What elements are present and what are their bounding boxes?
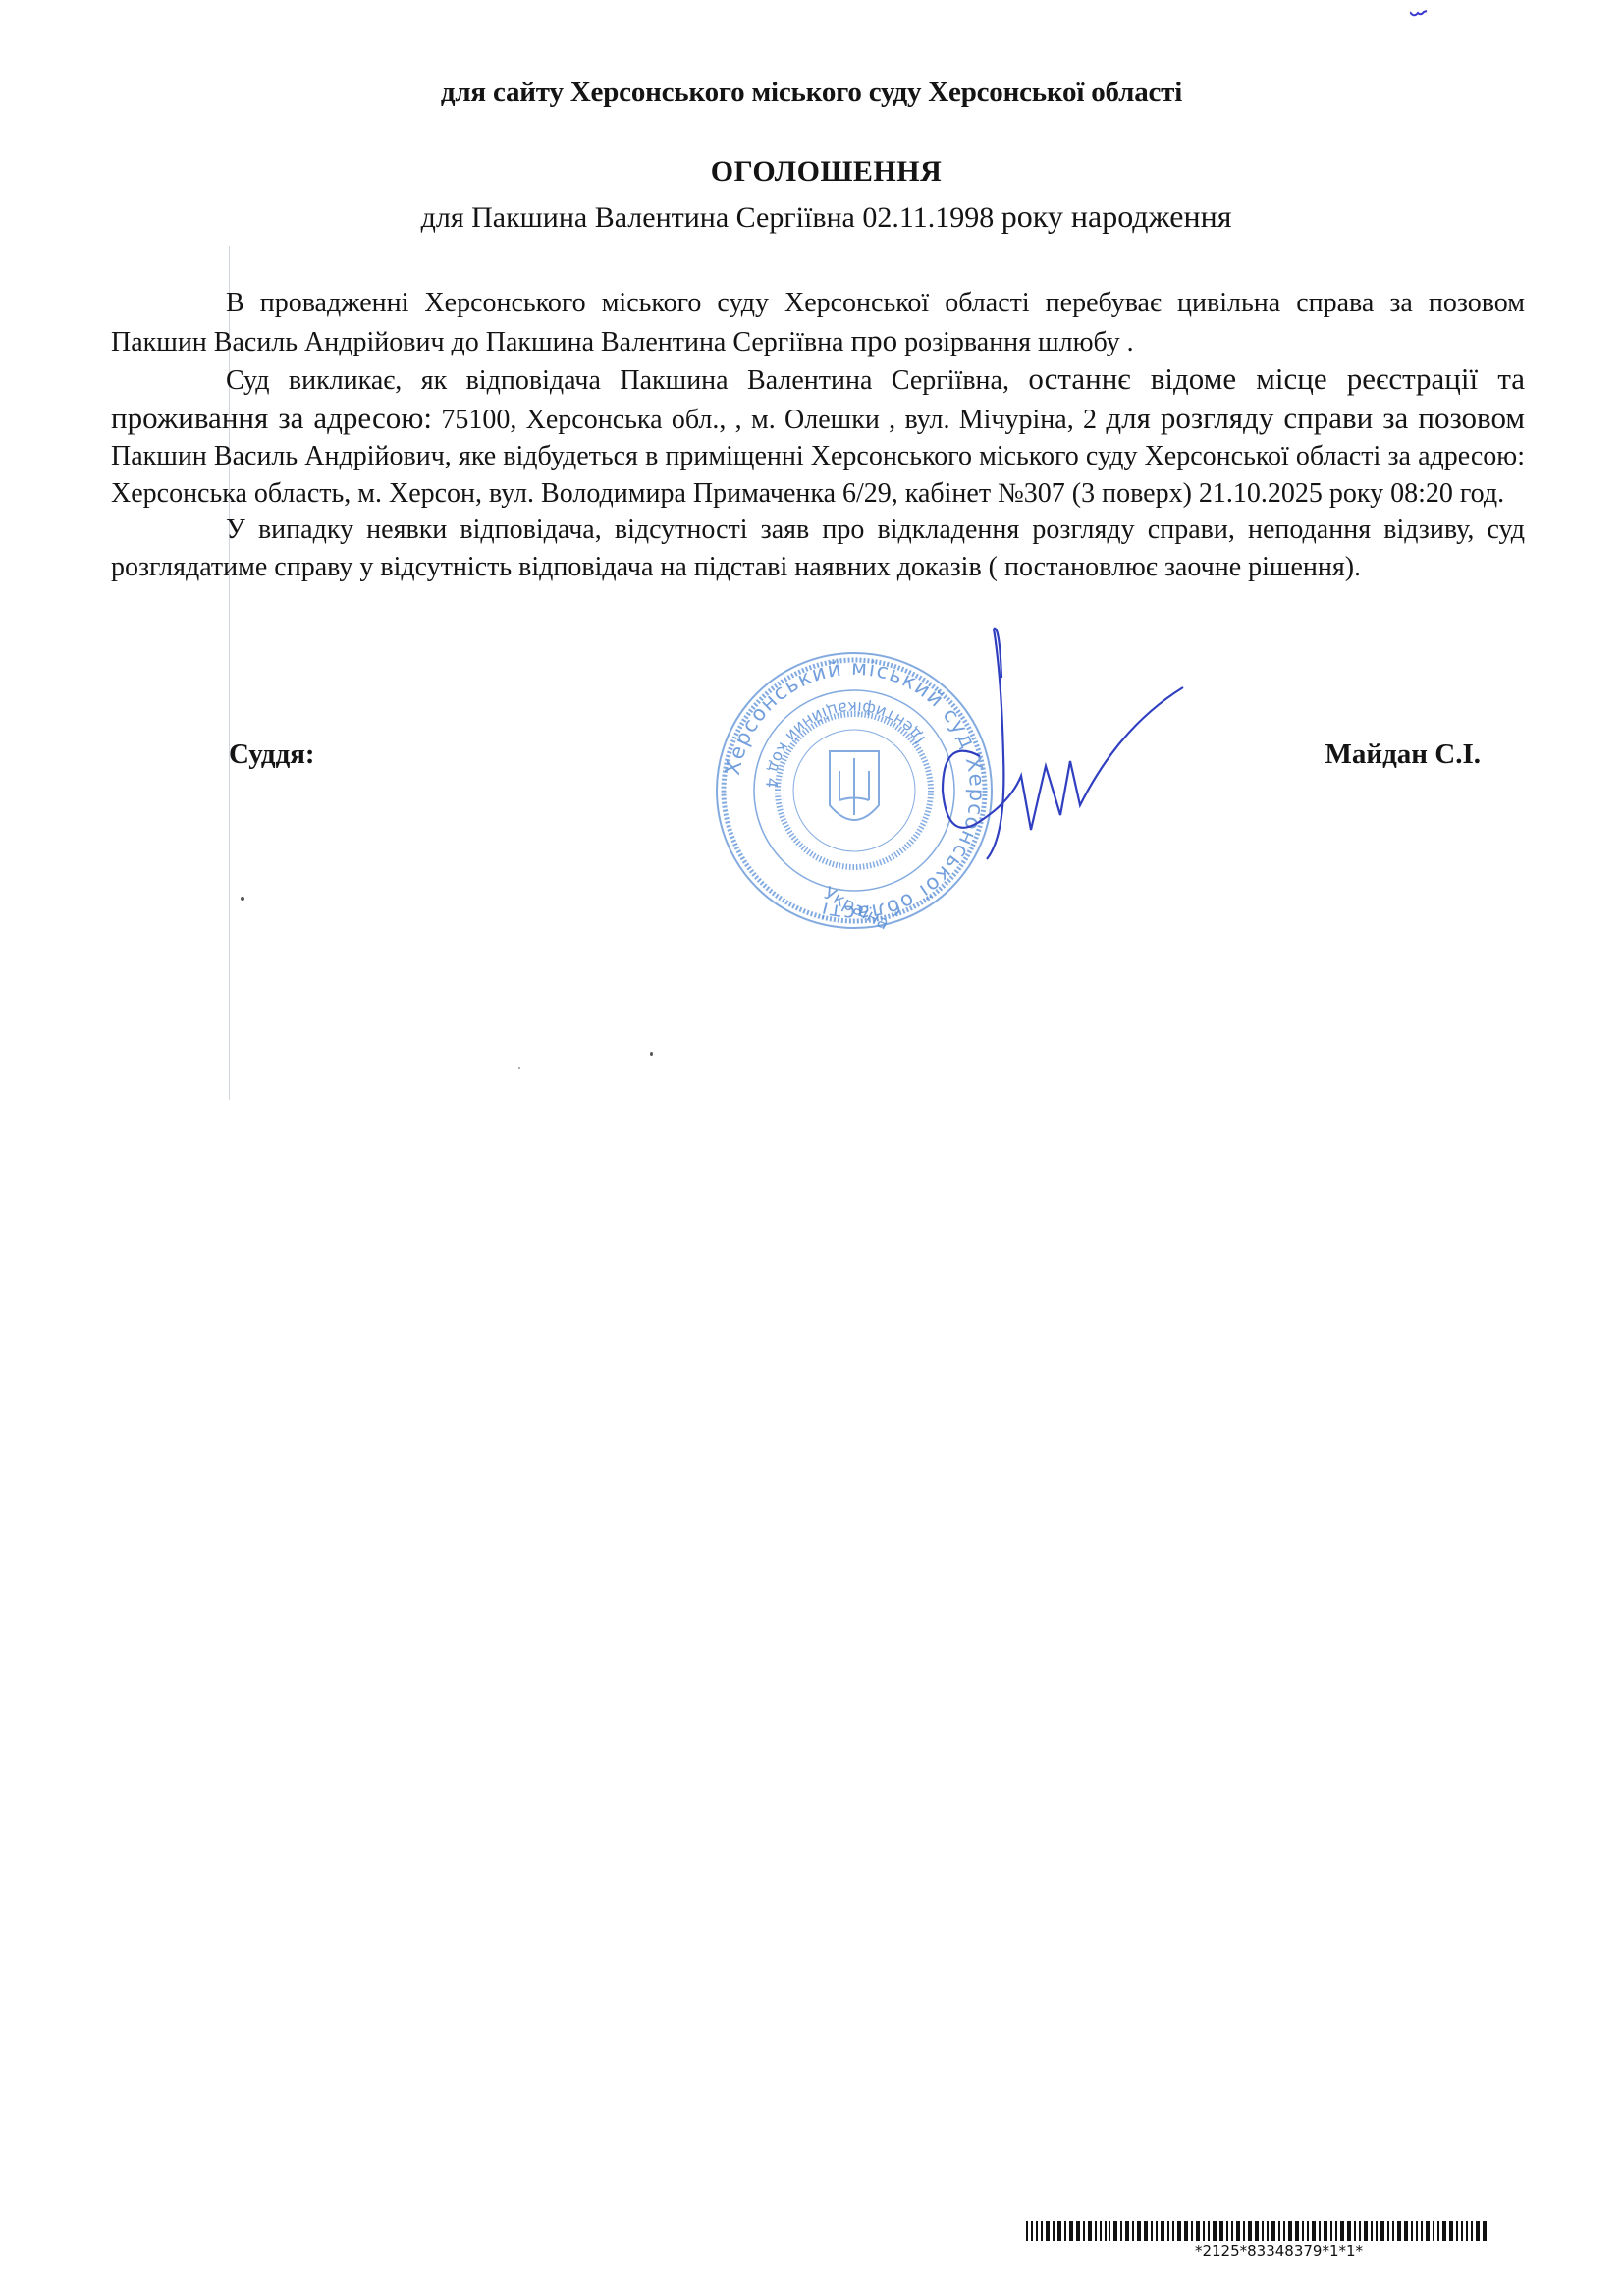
- paragraph-text: для розгляду справи за позовом: [1106, 401, 1525, 435]
- paragraph-default-judgment: У випадку неявки відповідача, відсутност…: [111, 512, 1525, 585]
- paragraph-text: про: [850, 323, 897, 357]
- ink-mark-icon: [1410, 10, 1428, 18]
- paragraph-summons: Суд викликає, як відповідача Пакшина Вал…: [111, 360, 1525, 512]
- document-title: ОГОЛОШЕННЯ: [0, 155, 1623, 189]
- scan-speck: [650, 1052, 653, 1056]
- paragraph-text: Пакшин Василь Андрійович, яке відбудетьс…: [111, 441, 1525, 509]
- document-barcode: [1026, 2221, 1532, 2241]
- scan-speck: [241, 897, 244, 901]
- paragraph-text: В провадженні Херсонського міського суду…: [111, 288, 1525, 357]
- paragraph-text: розірвання шлюбу .: [897, 327, 1134, 357]
- judge-label: Суддя:: [229, 738, 315, 771]
- scan-margin-line: [229, 864, 230, 1100]
- signature-row: Суддя: Майдан С.І.: [229, 738, 1481, 771]
- paragraph-text: Суд викликає, як відповідача Пакшина Вал…: [226, 365, 1028, 396]
- scan-speck: [518, 1067, 520, 1069]
- judge-name: Майдан С.І.: [1325, 738, 1481, 771]
- document-body: В провадженні Херсонського міського суду…: [111, 285, 1525, 585]
- subtitle-name-date: для Пакшина Валентина Сергіївна 02.11.19…: [421, 201, 1001, 234]
- document-subtitle: для Пакшина Валентина Сергіївна 02.11.19…: [0, 198, 1623, 235]
- barcode-number: *2125*83348379*1*1*: [1026, 2242, 1532, 2260]
- paragraph-case-info: В провадженні Херсонського міського суду…: [111, 285, 1525, 360]
- document-header: для сайту Херсонського міського суду Хер…: [0, 77, 1623, 109]
- paragraph-text: 75100, Херсонська обл., , м. Олешки , ву…: [432, 405, 1106, 435]
- subtitle-birth-label: року народження: [1001, 198, 1232, 234]
